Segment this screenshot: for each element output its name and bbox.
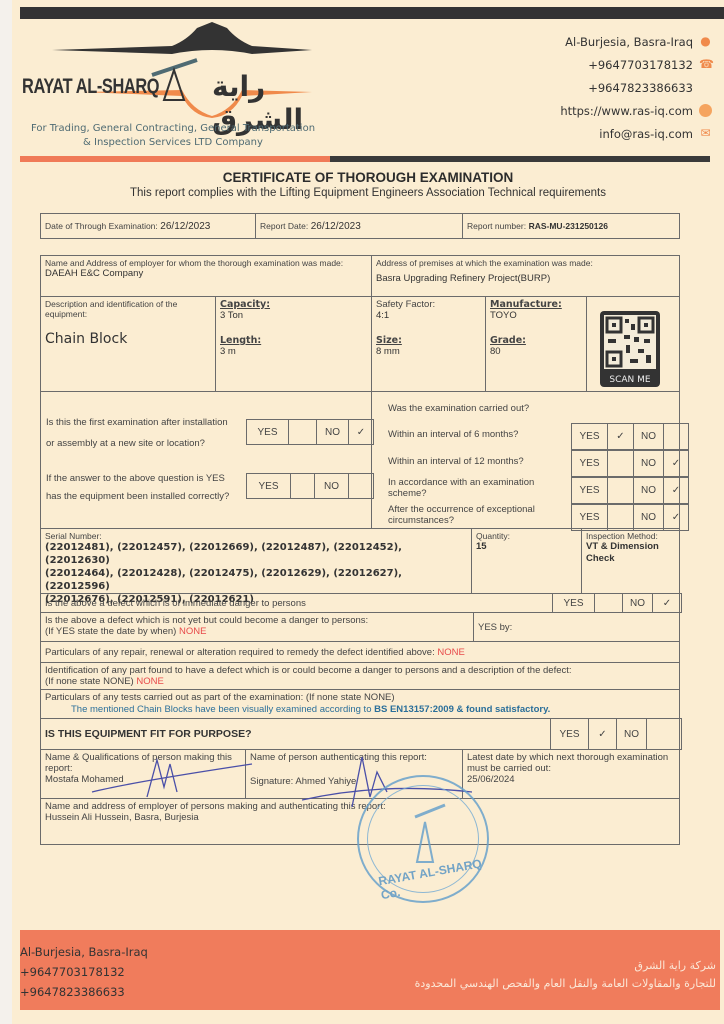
certificate-page: RAYAT AL-SHARQ راية الشرق For Trading, G… (12, 0, 724, 1024)
company-tagline: For Trading, General Contracting, Genera… (18, 122, 328, 150)
telephone-icon: ☎ (699, 58, 712, 71)
installed-correctly-yes-no: YES NO (246, 473, 374, 499)
no-checkbox[interactable]: ✓ (664, 505, 688, 530)
yes-label: YES (572, 424, 608, 449)
yes-label: YES (553, 594, 595, 612)
header-contact: Al-Burjesia, Basra-Iraq● +9647703178132☎… (560, 30, 712, 145)
grade-value: 80 (490, 346, 582, 357)
next-exam-cell: Latest date by which next thorough exami… (462, 749, 680, 799)
qr-code-icon (604, 315, 656, 369)
carried-out-yes-no: YESNO✓ (571, 450, 689, 477)
safety-factor-value: 4:1 (376, 310, 481, 321)
length-label: Length: (220, 335, 367, 346)
footer-contact: Al-Burjesia, Basra-Iraq +9647703178132 +… (20, 942, 148, 1002)
next-exam-label: Latest date by which next thorough exami… (467, 752, 675, 774)
no-label: NO (634, 478, 664, 503)
company-logo: RAYAT AL-SHARQ راية الشرق (12, 20, 342, 120)
top-dark-bar (20, 7, 724, 19)
repair-label: Particulars of any repair, renewal or al… (45, 647, 435, 658)
tests-value-standard: BS EN13157:2009 & found satisfactory. (374, 704, 550, 715)
repair-row: Particulars of any repair, renewal or al… (40, 641, 680, 663)
capacity-length-cell: Capacity: 3 Ton Length: 3 m (215, 296, 372, 392)
exam-date-label: Date of Through Examination: (45, 221, 158, 231)
identification-row: Identification of any part found to have… (40, 662, 680, 690)
carried-out-question: After the occurrence of exceptional circ… (388, 504, 568, 526)
quantity-value: 15 (476, 541, 577, 552)
qr-scan-label: SCAN ME (600, 375, 660, 385)
no-checkbox[interactable]: ✓ (349, 420, 373, 444)
yes-checkbox[interactable] (291, 474, 315, 498)
yes-checkbox[interactable]: ✓ (589, 719, 617, 749)
yes-label: YES (572, 505, 608, 530)
tagline-line-1: For Trading, General Contracting, Genera… (18, 122, 328, 136)
immediate-danger-label: Is the above a defect which is of immedi… (45, 597, 306, 610)
carried-out-question: In accordance with an examination scheme… (388, 477, 568, 499)
no-label: NO (315, 474, 349, 498)
manufacture-grade-cell: Manufacture: TOYO Grade: 80 (485, 296, 587, 392)
description-label: Description and identification of the eq… (45, 299, 211, 319)
identification-sub: (If none state NONE) (45, 676, 134, 687)
envelope-icon: ✉ (699, 127, 712, 140)
employer-label: Name and Address of employer for whom th… (45, 258, 367, 268)
next-exam-date: 25/06/2024 (467, 774, 675, 785)
divider-dark (330, 156, 710, 162)
footer-arabic: شركة راية الشرق للتجارة والمقاولات العام… (415, 957, 716, 993)
carried-out-yes-no: YES✓NO (571, 423, 689, 450)
report-number-cell: Report number: RAS-MU-231250126 (462, 213, 680, 239)
tests-value: The mentioned Chain Blocks have been vis… (71, 704, 374, 715)
premises-cell: Address of premises at which the examina… (371, 255, 680, 297)
serial-label: Serial Number: (45, 531, 467, 541)
premises-label: Address of premises at which the examina… (376, 258, 675, 268)
company-stamp: RAYAT AL-SHARQ Co. (357, 775, 489, 903)
exam-date-cell: Date of Through Examination: 26/12/2023 (40, 213, 256, 239)
repair-value: NONE (437, 647, 464, 658)
footer-arabic-line-2: للتجارة والمقاولات العامة والنقل العام و… (415, 975, 716, 993)
qr-pattern (604, 315, 656, 369)
carried-out-label: Was the examination carried out? (388, 402, 529, 415)
premises-value: Basra Upgrading Refinery Project(BURP) (376, 273, 675, 284)
yes-checkbox[interactable] (608, 505, 634, 530)
fit-for-purpose-label: IS THIS EQUIPMENT FIT FOR PURPOSE? (45, 728, 252, 740)
footer-phone-1: +9647703178132 (20, 962, 148, 982)
no-label: NO (634, 451, 664, 476)
potential-danger-sub: (If YES state the date by when) (45, 626, 176, 637)
report-number-value: RAS-MU-231250126 (529, 221, 608, 231)
report-number-label: Report number: (467, 221, 526, 231)
footer-arabic-line-1: شركة راية الشرق (415, 957, 716, 975)
contact-phone-1: +9647703178132 (588, 58, 693, 72)
no-checkbox[interactable] (664, 424, 688, 449)
potential-danger-label: Is the above a defect which is not yet b… (45, 615, 469, 626)
size-value: 8 mm (376, 346, 481, 357)
identification-label: Identification of any part found to have… (45, 665, 675, 676)
yes-checkbox[interactable] (289, 420, 317, 444)
tests-label: Particulars of any tests carried out as … (45, 692, 675, 704)
safety-factor-label: Safety Factor: (376, 299, 481, 310)
identification-value: NONE (136, 676, 163, 687)
no-label: NO (623, 594, 653, 612)
yes-checkbox[interactable]: ✓ (608, 424, 634, 449)
no-label: NO (634, 424, 664, 449)
contact-phone-2: +9647823386633 (588, 81, 693, 95)
carried-out-question: Within an interval of 6 months? (388, 429, 568, 440)
potential-danger-value: NONE (179, 626, 206, 637)
inspection-method-cell: Inspection Method: VT & Dimension Check (581, 528, 680, 594)
divider-orange (20, 156, 330, 162)
yes-checkbox[interactable] (608, 451, 634, 476)
yes-by-label: YES by: (478, 621, 512, 634)
method-label: Inspection Method: (586, 531, 675, 541)
contact-address: Al-Burjesia, Basra-Iraq (565, 35, 693, 49)
yes-label: YES (551, 719, 589, 749)
report-date-label: Report Date: (260, 221, 308, 231)
installed-correctly-question: If the answer to the above question is Y… (46, 470, 236, 506)
yes-by-cell: YES by: (473, 612, 680, 642)
no-checkbox[interactable] (349, 474, 373, 498)
grade-label: Grade: (490, 335, 582, 346)
globe-icon (699, 104, 712, 117)
quantity-cell: Quantity: 15 (471, 528, 582, 594)
serial-line-1: (22012481), (22012457), (22012669), (220… (45, 541, 467, 567)
no-label: NO (317, 420, 349, 444)
yes-label: YES (572, 478, 608, 503)
first-exam-question: Is this the first examination after inst… (46, 412, 236, 454)
footer-phone-2: +9647823386633 (20, 982, 148, 1002)
potential-danger-cell: Is the above a defect which is not yet b… (40, 612, 474, 642)
serial-line-2: (22012464), (22012428), (22012475), (220… (45, 567, 467, 593)
no-checkbox[interactable]: ✓ (653, 594, 681, 612)
employer-value: DAEAH E&C Company (45, 268, 367, 279)
exam-date-value: 26/12/2023 (160, 221, 210, 232)
serial-number-cell: Serial Number: (22012481), (22012457), (… (40, 528, 472, 594)
description-value: Chain Block (45, 331, 211, 347)
immediate-danger-yes-no: YES NO ✓ (552, 593, 682, 613)
method-value: VT & Dimension Check (586, 541, 675, 565)
logo-text-english: RAYAT AL-SHARQ (22, 75, 159, 99)
contact-email[interactable]: info@ras-iq.com (599, 127, 693, 141)
footer-address: Al-Burjesia, Basra-Iraq (20, 942, 148, 962)
certificate-title: CERTIFICATE OF THOROUGH EXAMINATION (12, 170, 724, 185)
yes-label: YES (247, 474, 291, 498)
yes-label: YES (247, 420, 289, 444)
description-cell: Description and identification of the eq… (40, 296, 216, 392)
no-checkbox[interactable]: ✓ (664, 478, 688, 503)
yes-label: YES (572, 451, 608, 476)
yes-checkbox[interactable] (595, 594, 623, 612)
certificate-subtitle: This report complies with the Lifting Eq… (12, 187, 724, 199)
footer-band: Al-Burjesia, Basra-Iraq +9647703178132 +… (20, 930, 720, 1010)
no-checkbox[interactable]: ✓ (664, 451, 688, 476)
carried-out-yes-no: YESNO✓ (571, 477, 689, 504)
report-date-cell: Report Date: 26/12/2023 (255, 213, 463, 239)
quantity-label: Quantity: (476, 531, 577, 541)
contact-website[interactable]: https://www.ras-iq.com (560, 104, 693, 118)
tests-row: Particulars of any tests carried out as … (40, 689, 680, 719)
employer-cell: Name and Address of employer for whom th… (40, 255, 372, 297)
yes-checkbox[interactable] (608, 478, 634, 503)
capacity-value: 3 Ton (220, 310, 367, 321)
qr-code[interactable]: SCAN ME (600, 311, 660, 387)
tagline-line-2: & Inspection Services LTD Company (18, 136, 328, 150)
manufacture-label: Manufacture: (490, 299, 582, 310)
safety-size-cell: Safety Factor: 4:1 Size: 8 mm (371, 296, 486, 392)
location-pin-icon: ● (699, 35, 712, 48)
size-label: Size: (376, 335, 481, 346)
capacity-label: Capacity: (220, 299, 367, 310)
carried-out-question: Within an interval of 12 months? (388, 456, 568, 467)
no-label: NO (634, 505, 664, 530)
manufacture-value: TOYO (490, 310, 582, 321)
no-checkbox[interactable] (647, 719, 681, 749)
carried-out-yes-no: YESNO✓ (571, 504, 689, 531)
no-label: NO (617, 719, 647, 749)
length-value: 3 m (220, 346, 367, 357)
fit-for-purpose-yes-no: YES ✓ NO (550, 718, 682, 750)
report-date-value: 26/12/2023 (311, 221, 361, 232)
first-exam-yes-no: YES NO ✓ (246, 419, 374, 445)
